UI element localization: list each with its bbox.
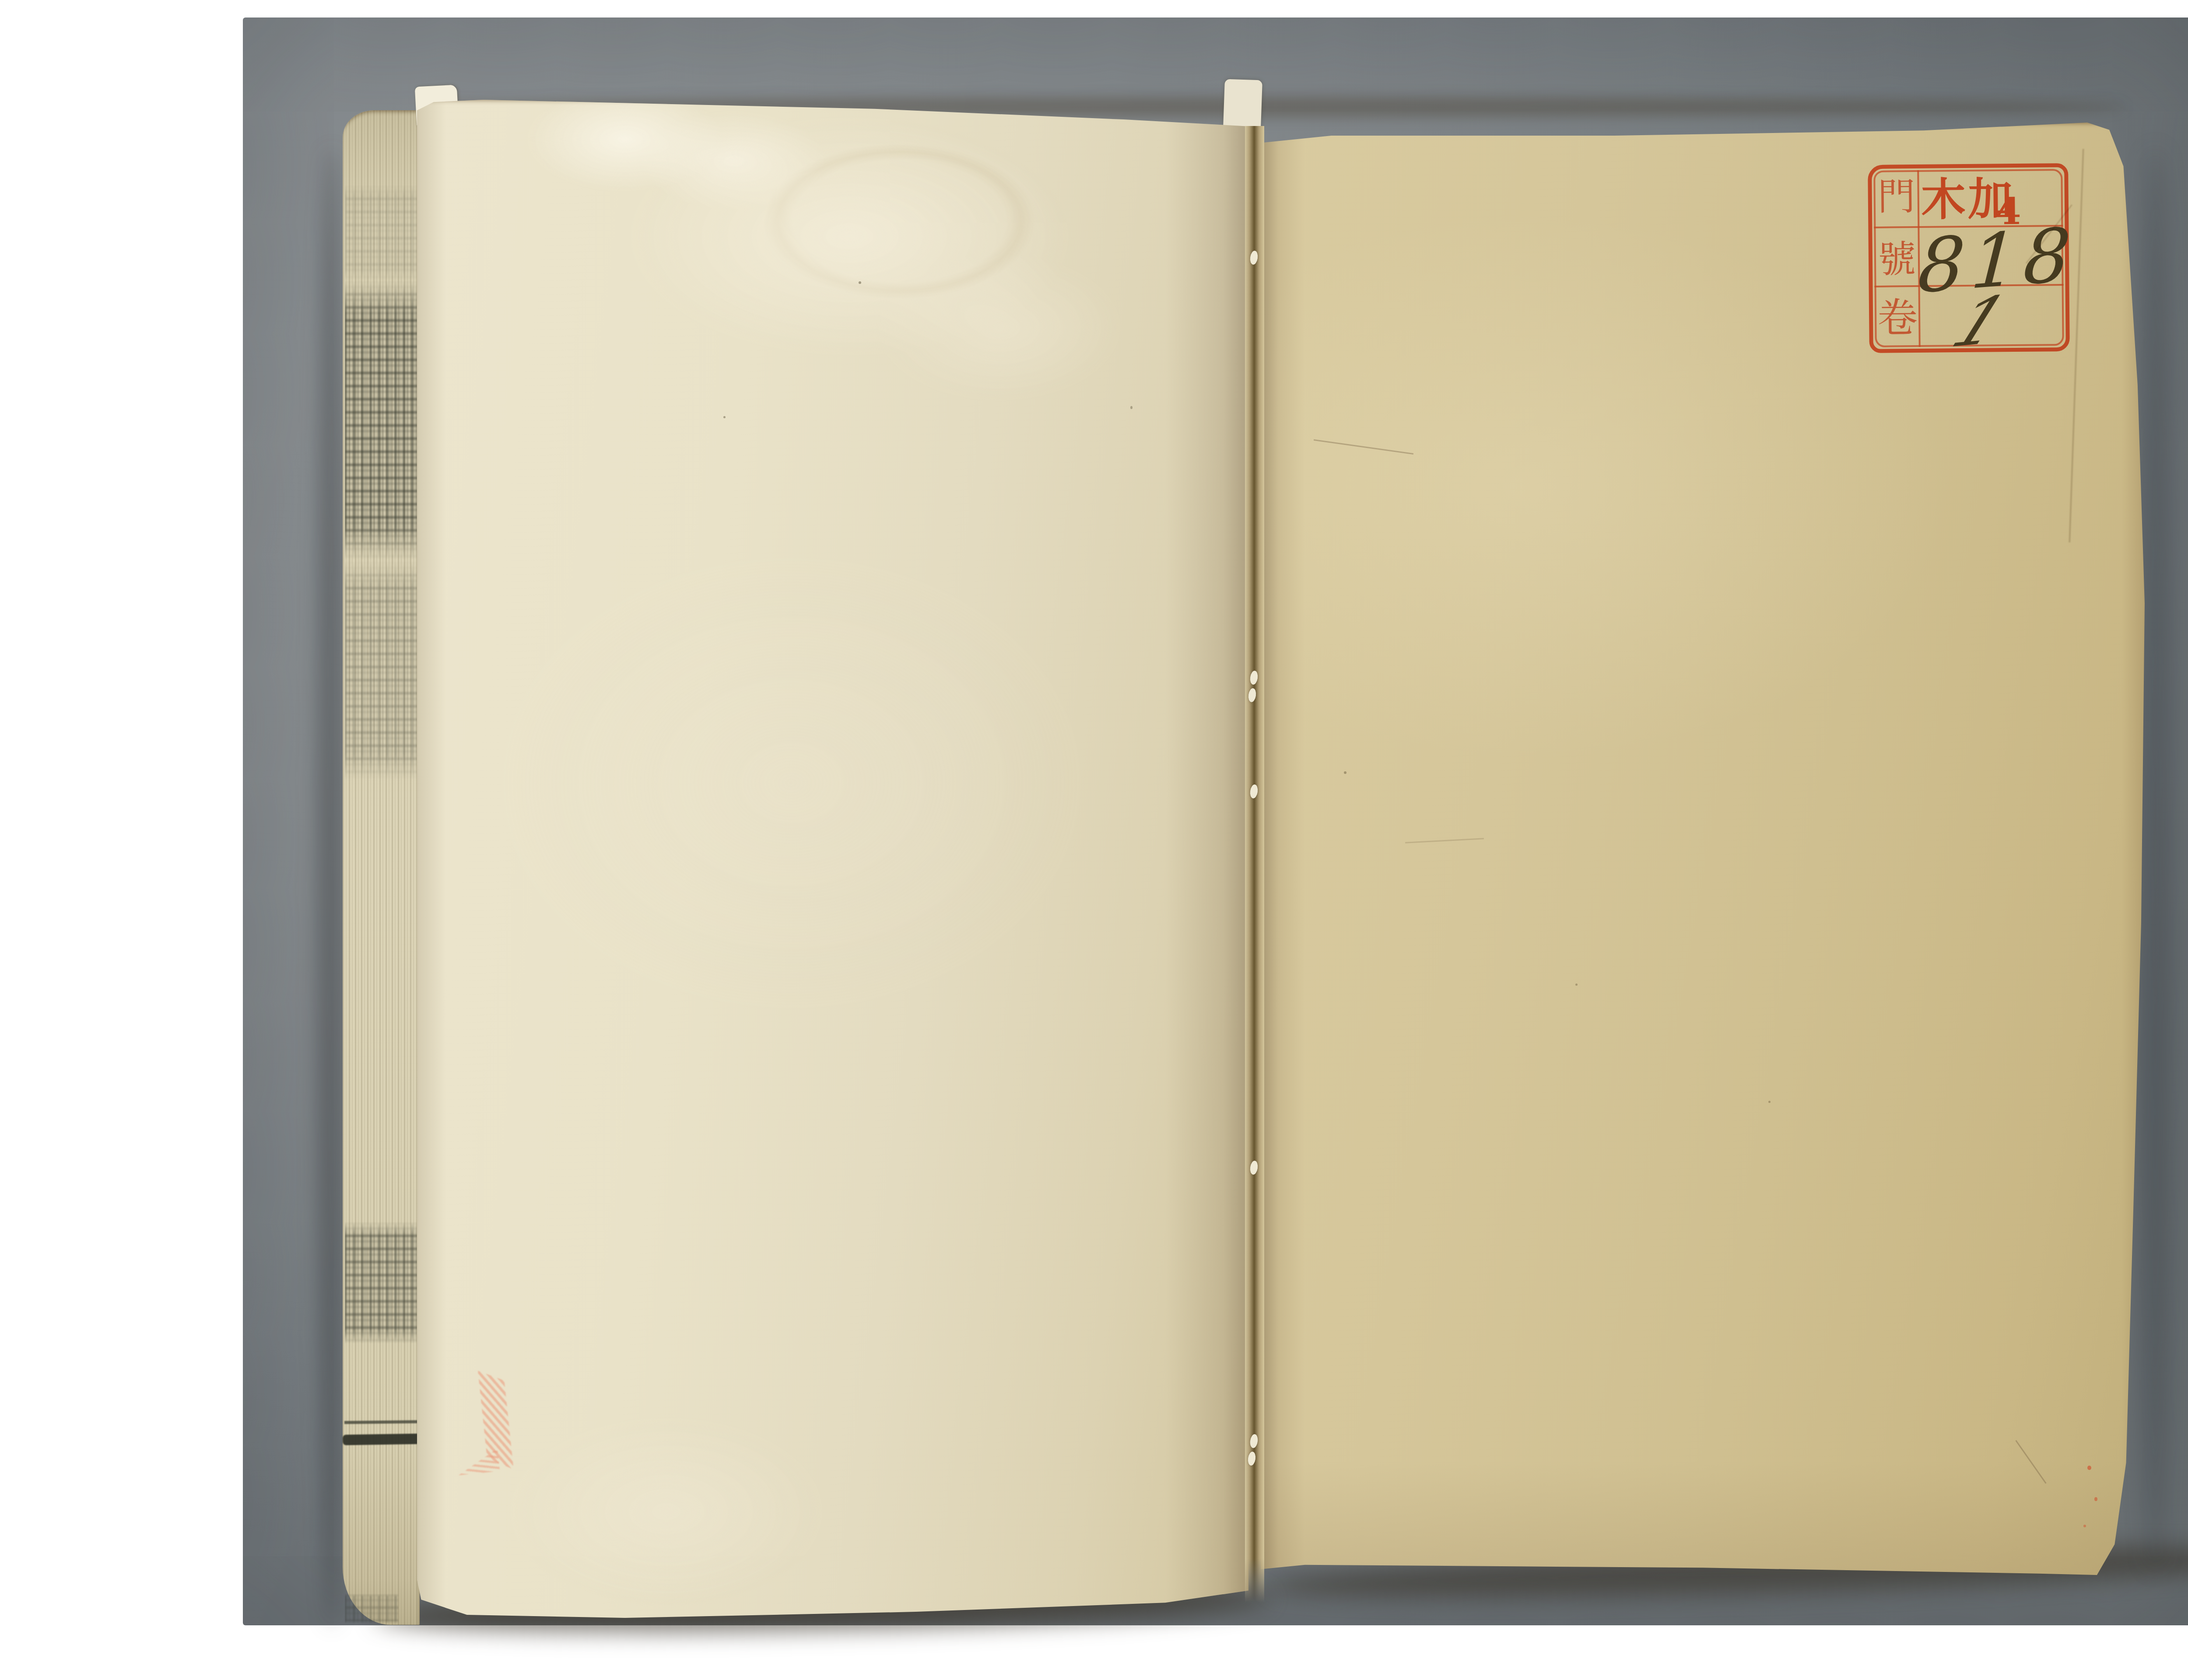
scanned-book-photograph: 門 號 卷 木加 4 818 1	[0, 0, 2188, 1680]
stitch-thread	[1247, 1451, 1256, 1466]
paper-speck	[1130, 406, 1133, 409]
stitch-thread	[1248, 688, 1257, 703]
red-speck	[2087, 1466, 2091, 1470]
stitch-thread	[1249, 1434, 1259, 1449]
stitch-thread	[1249, 784, 1259, 799]
stitch-thread	[1249, 670, 1259, 685]
red-speck	[2083, 1525, 2086, 1527]
binding-gutter	[1245, 126, 1264, 1603]
paper-speck	[1768, 1101, 1771, 1103]
stamp-label-number: 號	[1876, 241, 1918, 279]
ink-smudge-lower	[345, 1221, 417, 1344]
library-stamp: 門 號 卷 木加 4 818 1	[1868, 163, 2070, 353]
stitch-thread	[1249, 1160, 1259, 1175]
ink-band-thick	[343, 1434, 423, 1445]
book-shadow-right	[2138, 149, 2173, 1571]
left-page-shading	[417, 100, 1248, 1618]
stamp-label-volume: 卷	[1876, 298, 1919, 339]
paper-speck	[1344, 771, 1346, 774]
paper-speck	[1575, 983, 1578, 986]
ink-smudge-bottom-tip	[345, 1593, 399, 1624]
gutter-top-tab	[1223, 79, 1262, 129]
ink-smudge-upper	[345, 280, 417, 560]
red-speck	[2094, 1497, 2097, 1501]
stamp-label-section: 門	[1875, 178, 1918, 216]
paper-speck	[723, 416, 726, 418]
ink-smudge-middle	[345, 561, 417, 780]
pink-transfer-mark	[448, 1366, 516, 1475]
fore-edge-page-block	[343, 110, 420, 1625]
ink-smudge-sparse	[345, 185, 417, 281]
ink-band-thin	[344, 1420, 421, 1424]
stitch-thread	[1249, 250, 1259, 265]
paper-speck	[859, 281, 861, 284]
photo-background: 門 號 卷 木加 4 818 1	[243, 17, 2188, 1625]
left-page	[417, 100, 1248, 1618]
right-page: 門 號 卷 木加 4 818 1	[1261, 122, 2145, 1579]
